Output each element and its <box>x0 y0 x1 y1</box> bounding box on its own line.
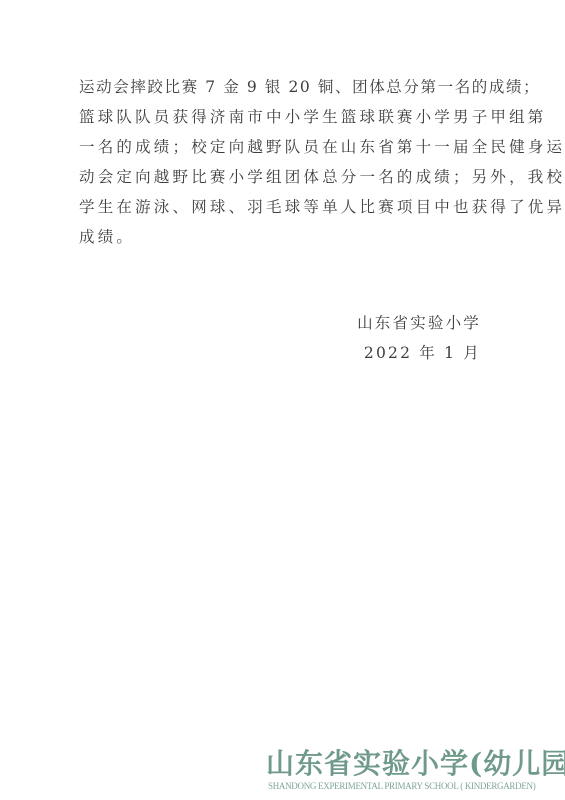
body-paragraph: 运动会摔跤比赛 7 金 9 银 20 铜、团体总分第一名的成绩； 篮球队队员获得… <box>79 72 481 252</box>
school-logo: 山东省实验小学(幼儿园) SHANDONG EXPERIMENTAL PRIMA… <box>266 748 562 794</box>
signature-organization: 山东省实验小学 <box>357 308 481 338</box>
paragraph-line-3: 一名的成绩；校定向越野队员在山东省第十一届全民健身运 <box>79 132 481 162</box>
paragraph-line-4: 动会定向越野比赛小学组团体总分一名的成绩；另外，我校 <box>79 162 481 192</box>
signature-block: 山东省实验小学 2022 年 1 月 <box>357 308 481 368</box>
document-page: 运动会摔跤比赛 7 金 9 银 20 铜、团体总分第一名的成绩； 篮球队队员获得… <box>0 0 565 800</box>
school-logo-english: SHANDONG EXPERIMENTAL PRIMARY SCHOOL ( K… <box>266 780 562 792</box>
paragraph-line-1: 运动会摔跤比赛 7 金 9 银 20 铜、团体总分第一名的成绩； <box>79 72 481 102</box>
paragraph-line-6: 成绩。 <box>79 222 481 252</box>
signature-date: 2022 年 1 月 <box>357 338 481 368</box>
paragraph-line-5: 学生在游泳、网球、羽毛球等单人比赛项目中也获得了优异 <box>79 192 481 222</box>
paragraph-line-2: 篮球队队员获得济南市中小学生篮球联赛小学男子甲组第 <box>79 102 481 132</box>
school-logo-chinese: 山东省实验小学(幼儿园) <box>266 748 562 780</box>
